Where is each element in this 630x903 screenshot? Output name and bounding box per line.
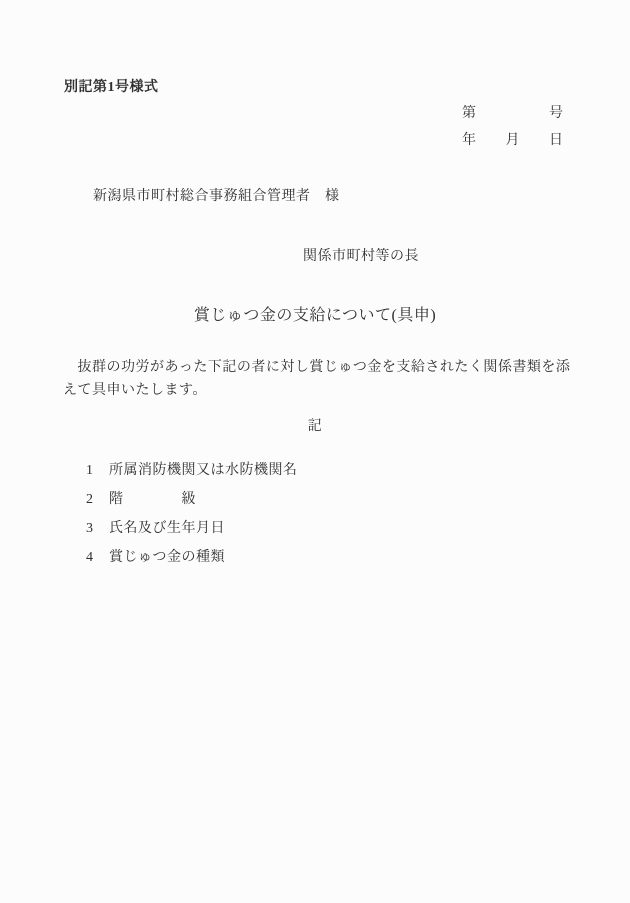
sender-title-line: 関係市町村等の長: [303, 247, 419, 267]
document-page: 別記第1号様式 第 号 年 月 日 新潟県市町村総合事務組合管理者 様 関係市町…: [0, 0, 630, 903]
item-label: 賞じゅつ金の種類: [109, 550, 225, 565]
document-number-line: 第 号: [462, 104, 564, 124]
list-header-ki: 記: [0, 417, 630, 437]
addressee-line: 新潟県市町村総合事務組合管理者 様: [93, 187, 340, 207]
form-designation-label: 別記第1号様式: [64, 78, 159, 98]
document-title: 賞じゅつ金の支給について(具申): [0, 304, 630, 328]
body-paragraph: 抜群の功労があった下記の者に対し賞じゅつ金を支給されたく関係書類を添えて具申いた…: [63, 356, 571, 402]
item-number: 4: [86, 548, 109, 568]
document-date-line: 年 月 日: [462, 131, 564, 151]
list-item: 4賞じゅつ金の種類: [70, 528, 225, 588]
